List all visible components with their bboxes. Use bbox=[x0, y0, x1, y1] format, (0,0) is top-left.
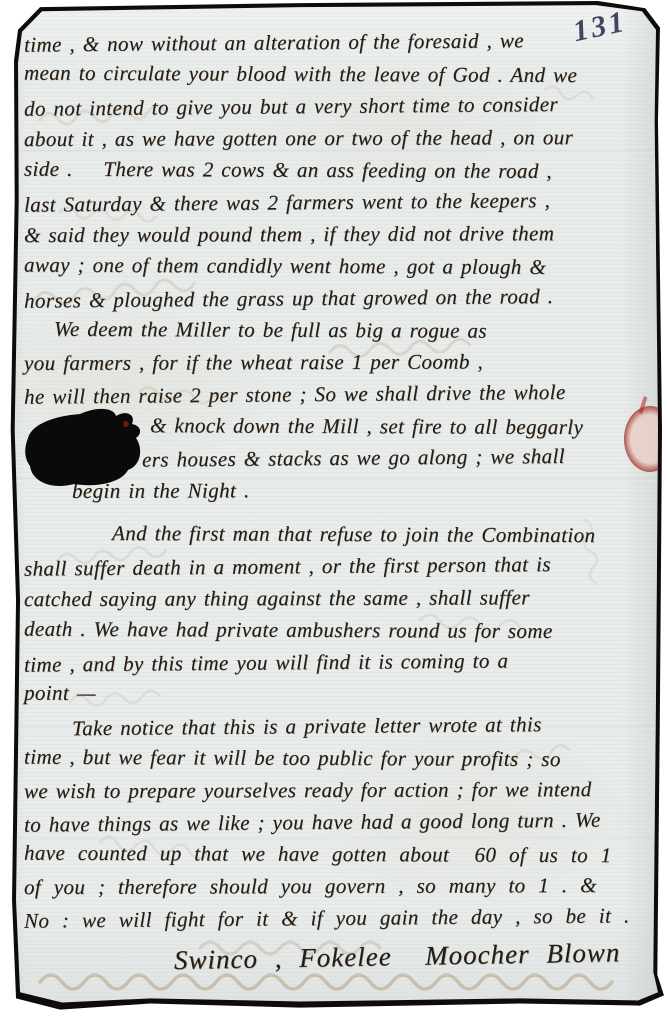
manuscript-line: death . We have had private ambushers ro… bbox=[24, 613, 642, 648]
manuscript-line: & said they would pound them , if they d… bbox=[24, 217, 642, 251]
manuscript-text: time , & now without an alteration of th… bbox=[24, 26, 642, 978]
manuscript-line: horses & ploughed the grass up that grow… bbox=[24, 279, 642, 316]
manuscript-line: And the first man that refuse to join th… bbox=[24, 517, 642, 552]
manuscript-line: time , but we fear it will be too public… bbox=[24, 741, 642, 776]
manuscript-line: have counted up that we have gotten abou… bbox=[24, 837, 642, 872]
manuscript-line: do not intend to give you but a very sho… bbox=[24, 87, 642, 124]
manuscript-line: Take notice that this is a private lette… bbox=[24, 707, 642, 744]
manuscript-line: you farmers , for if the wheat raise 1 p… bbox=[24, 345, 642, 379]
manuscript-line: mean to circulate your blood with the le… bbox=[24, 57, 642, 92]
manuscript-line: to have things as we like ; you have had… bbox=[24, 803, 642, 840]
manuscript-line: No : we will fight for it & if you gain … bbox=[24, 899, 642, 936]
scanned-letter-page: 131 time , & now without an alteration o… bbox=[0, 0, 668, 1024]
ink-redaction-blob-icon bbox=[14, 400, 154, 500]
signature-line: Swinco , Fokelee Moocher Blown bbox=[174, 934, 643, 982]
manuscript-line: time , & now without an alteration of th… bbox=[24, 23, 642, 60]
manuscript-line: We deem the Miller to be full as big a r… bbox=[24, 313, 642, 348]
manuscript-line: we wish to prepare yourselves ready for … bbox=[24, 773, 642, 807]
manuscript-line: last Saturday & there was 2 farmers went… bbox=[24, 183, 642, 220]
manuscript-line: shall suffer death in a moment , or the … bbox=[24, 547, 642, 584]
manuscript-line: about it , as we have gotten one or two … bbox=[24, 121, 642, 155]
manuscript-line: time , and by this time you will find it… bbox=[24, 643, 642, 680]
manuscript-line: catched saying any thing against the sam… bbox=[24, 581, 642, 615]
manuscript-line: away ; one of them candidly went home , … bbox=[24, 249, 642, 284]
manuscript-line: of you ; therefore should you govern , s… bbox=[24, 869, 642, 903]
manuscript-line: side . There was 2 cows & an ass feeding… bbox=[24, 153, 642, 188]
manuscript-line: point — bbox=[24, 677, 642, 712]
paper-sheet: 131 time , & now without an alteration o… bbox=[0, 0, 668, 1024]
